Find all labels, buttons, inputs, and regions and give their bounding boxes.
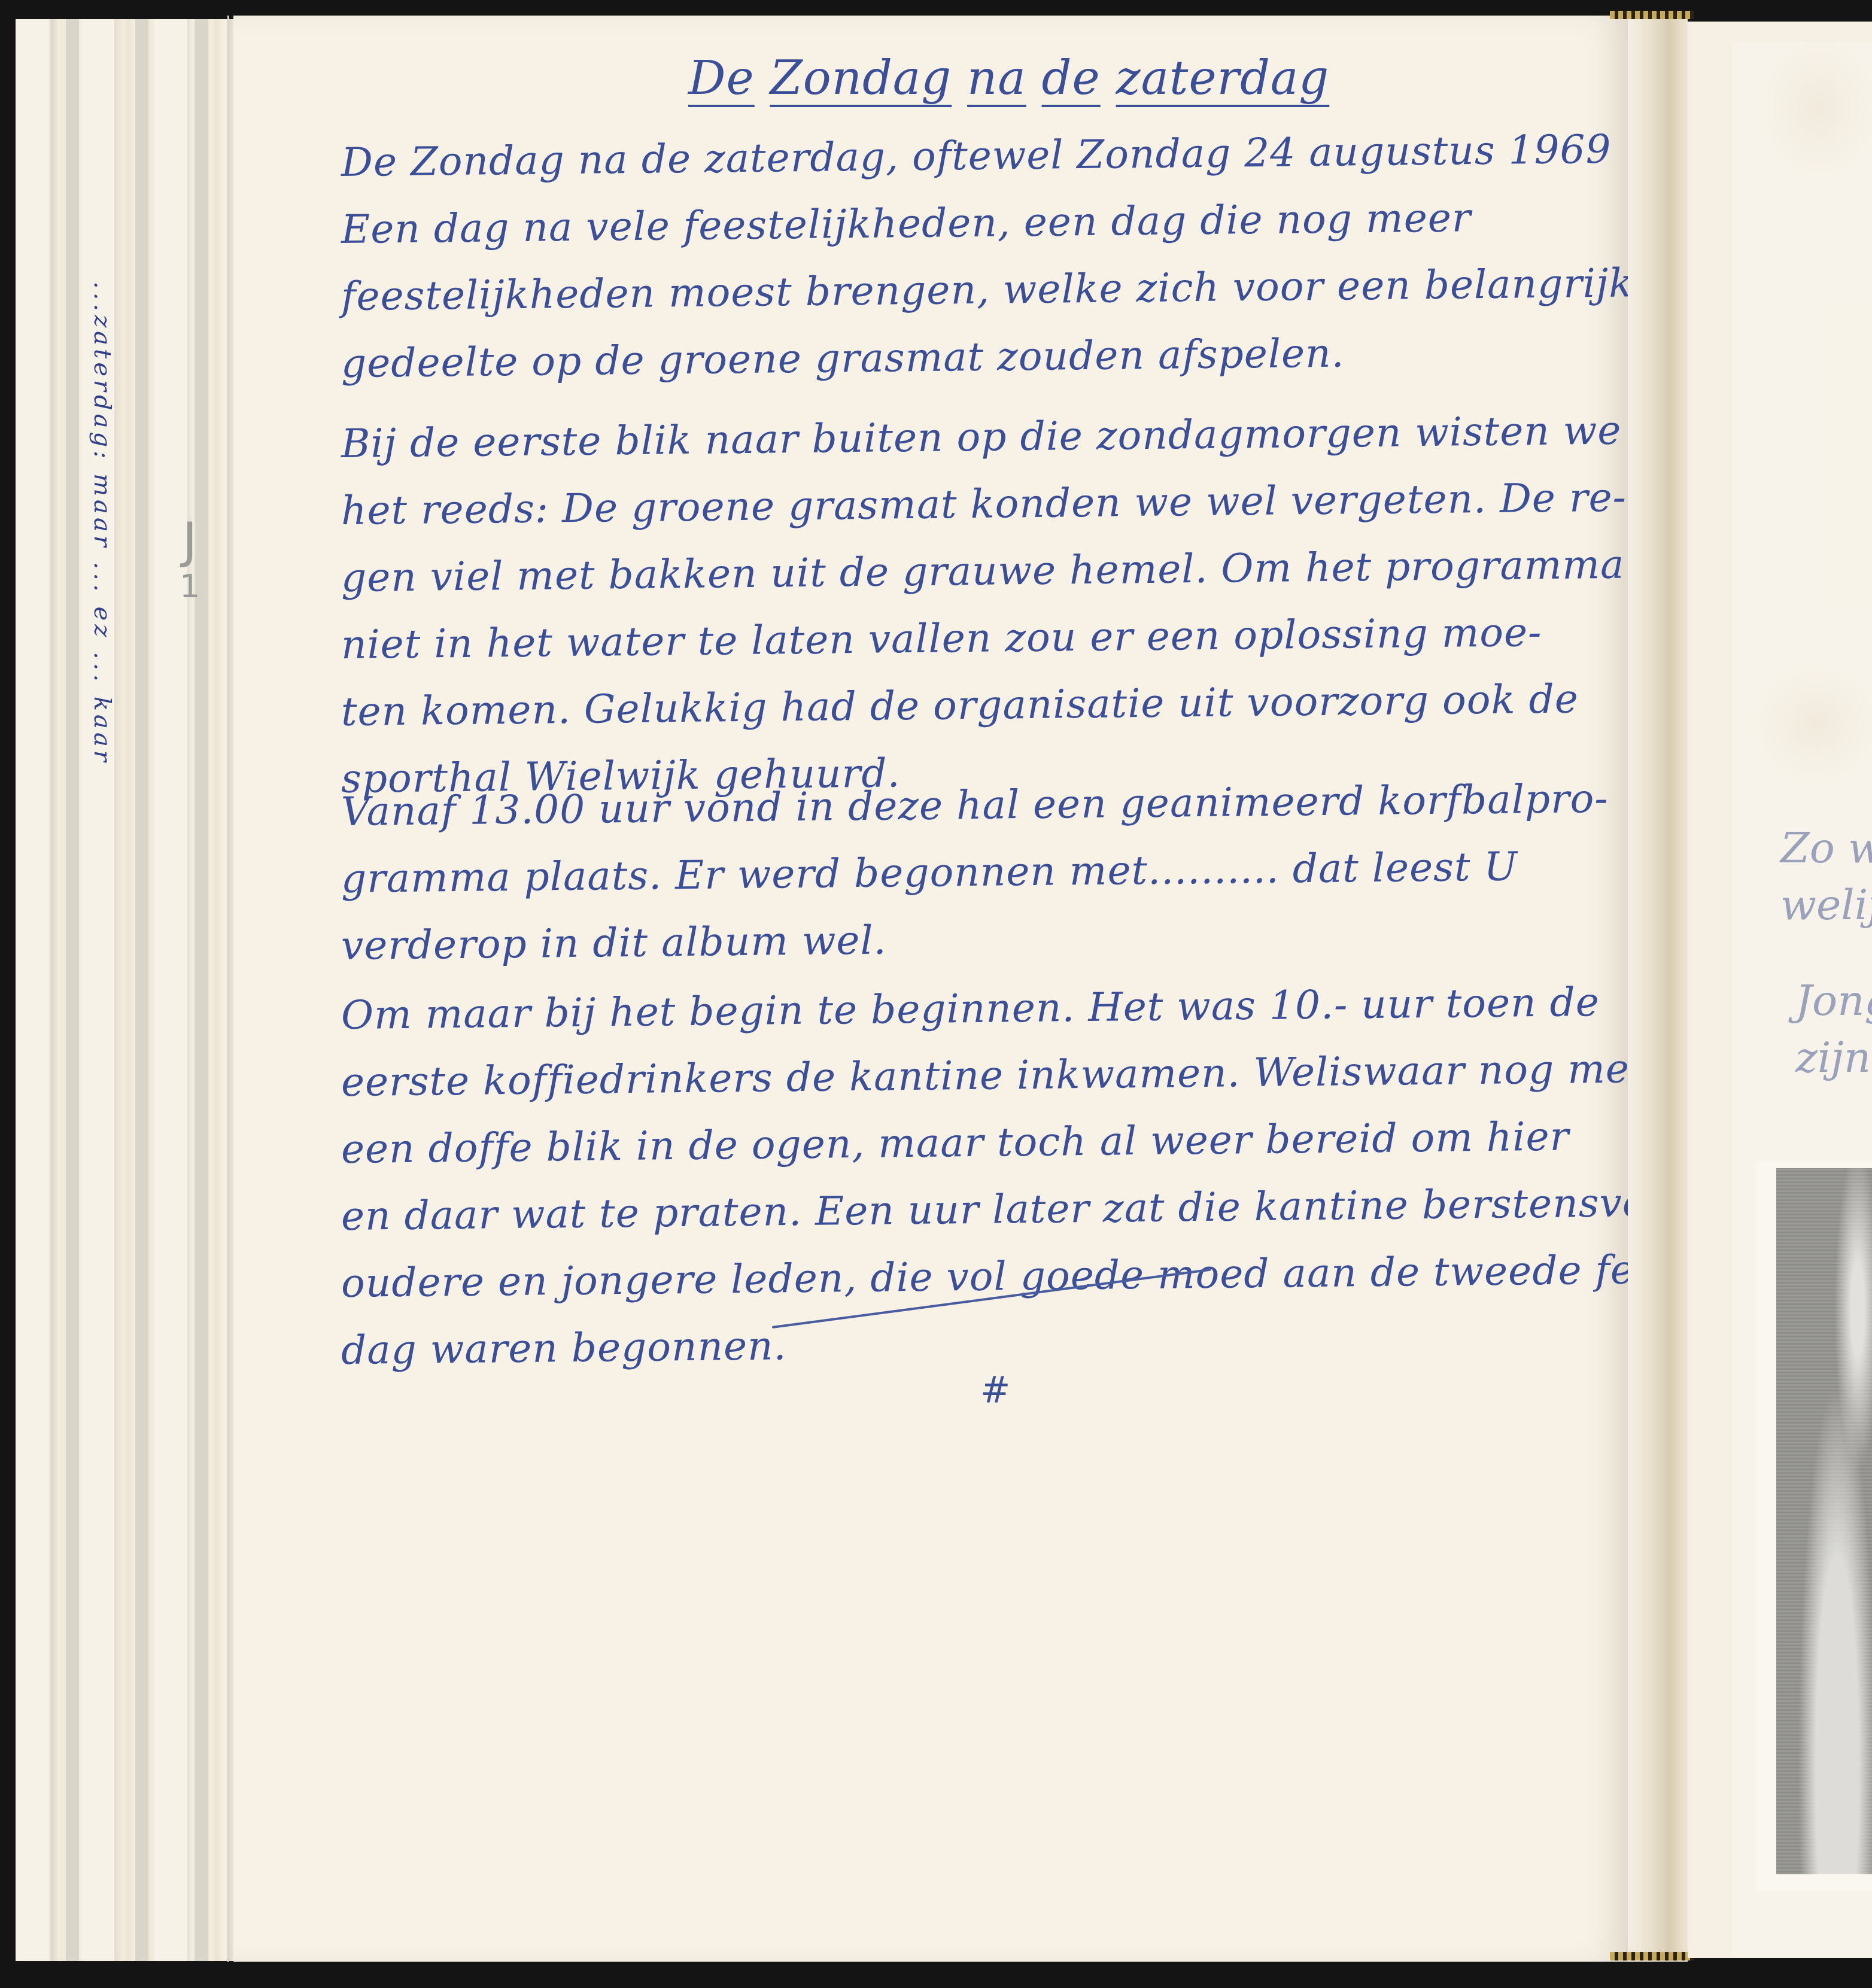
faint-text-line: zijn [1795,1029,1872,1086]
pencil-page-marker: J 1 [180,515,200,604]
paragraph-2: Bij de eerste blik naar buiten op die zo… [341,411,1646,813]
spine-headband-top [1610,11,1694,19]
book-gutter [1628,16,1688,1962]
spine-headband-bottom [1610,1952,1694,1960]
pencil-number: 1 [180,569,200,604]
title-word: na [967,51,1026,105]
page-fold-line [227,16,229,1962]
title-word: zaterdag [1116,51,1330,105]
black-and-white-photo [1776,1168,1872,1874]
faint-text-line: Jong [1795,972,1872,1029]
title-word: de [1042,51,1101,105]
title-word: De [688,51,755,105]
closing-mark: # [980,1369,1010,1411]
text-line: gedeelte op de groene grasmat zouden afs… [341,317,1646,397]
faint-handwriting: Jong zijn [1795,972,1872,1086]
title-word: Zondag [770,51,952,105]
faint-text-line: welijk [1780,877,1872,934]
page-edge [66,19,79,1961]
page-title: De Zondag na de zaterdag [688,51,1329,105]
left-page: De Zondag na de zaterdag De Zondag na de… [233,16,1628,1962]
pencil-letter: J [180,515,200,569]
paragraph-4: Om maar bij het begin te beginnen. Het w… [341,982,1646,1384]
paragraph-3: Vanaf 13.00 uur vond in deze hal een gea… [341,779,1646,980]
faint-text-line: Zo w [1780,820,1872,877]
page-edge [195,19,208,1961]
stacked-page-edges [16,19,237,1961]
page-edge [154,19,187,1961]
text-line: verderop in dit album wel. [341,899,1646,980]
margin-note-vertical: ...zaterdag: maar ... ez ... kaar [89,281,116,765]
page-edge [135,19,148,1961]
paragraph-1: De Zondag na de zaterdag, oftewel Zondag… [341,129,1646,397]
faint-handwriting: Zo w welijk [1780,820,1872,934]
page-edge [16,19,48,1961]
